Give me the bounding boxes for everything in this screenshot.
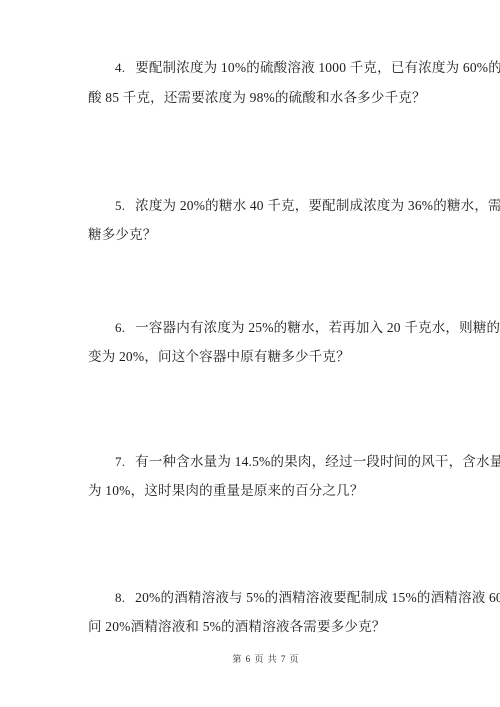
problem-7-number: 7. <box>115 454 125 470</box>
problem-6-line-1: 6.一容器内有浓度为 25%的糖水，若再加入 20 千克水，则糖的浓度 <box>115 320 500 336</box>
problem-4-line-2: 酸 85 千克，还需要浓度为 98%的硫酸和水各多少千克？ <box>88 90 426 106</box>
problem-4-text-1: 要配制浓度为 10%的硫酸溶液 1000 千克，已有浓度为 60%的硫 <box>135 60 500 75</box>
problem-8-text-1: 20%的酒精溶液与 5%的酒精溶液要配制成 15%的酒精溶液 600 克， <box>135 590 500 605</box>
problem-5-line-1: 5.浓度为 20%的糖水 40 千克，要配制成浓度为 36%的糖水，需要加 <box>115 198 500 214</box>
problem-4-number: 4. <box>115 60 125 76</box>
problem-8-line-1: 8.20%的酒精溶液与 5%的酒精溶液要配制成 15%的酒精溶液 600 克， <box>115 590 500 606</box>
problem-5-number: 5. <box>115 198 125 214</box>
problem-7-text-1: 有一种含水量为 14.5%的果肉，经过一段时间的风干，含水量降 <box>135 454 500 469</box>
problem-5-line-2: 糖多少克？ <box>88 227 157 243</box>
problem-5-text-1: 浓度为 20%的糖水 40 千克，要配制成浓度为 36%的糖水，需要加 <box>135 198 500 213</box>
problem-8-number: 8. <box>115 590 125 606</box>
document-page: 4.要配制浓度为 10%的硫酸溶液 1000 千克，已有浓度为 60%的硫 酸 … <box>0 0 500 707</box>
problem-6-text-1: 一容器内有浓度为 25%的糖水，若再加入 20 千克水，则糖的浓度 <box>135 320 500 335</box>
problem-7-line-2: 为 10%，这时果肉的重量是原来的百分之几？ <box>88 483 364 499</box>
problem-7-line-1: 7.有一种含水量为 14.5%的果肉，经过一段时间的风干，含水量降 <box>115 454 500 470</box>
problem-6-number: 6. <box>115 320 125 336</box>
problem-4-line-1: 4.要配制浓度为 10%的硫酸溶液 1000 千克，已有浓度为 60%的硫 <box>115 60 500 76</box>
page-number-indicator: 第 6 页 共 7 页 <box>0 652 500 665</box>
problem-6-line-2: 变为 20%，问这个容器中原有糖多少千克？ <box>88 349 350 365</box>
problem-8-line-2: 问 20%酒精溶液和 5%的酒精溶液各需要多少克？ <box>88 619 386 635</box>
